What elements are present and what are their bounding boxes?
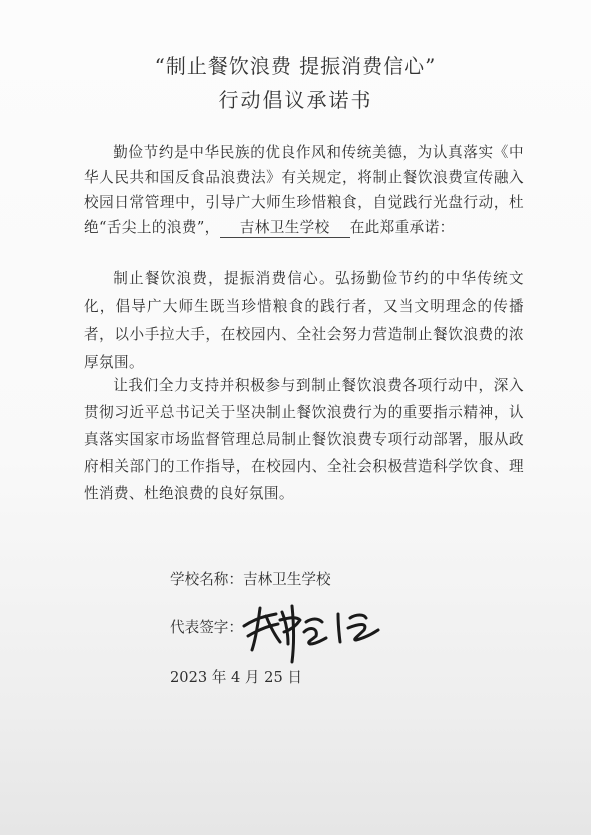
handwritten-signature-icon bbox=[236, 596, 386, 666]
paragraph-3-text: 让我们全力支持并积极参与到制止餐饮浪费各项行动中，深入贯彻习近平总书记关于坚决制… bbox=[84, 372, 524, 507]
date: 2023 年 4 月 25 日 bbox=[170, 666, 302, 687]
paragraph-3: 让我们全力支持并积极参与到制止餐饮浪费各项行动中，深入贯彻习近平总书记关于坚决制… bbox=[84, 372, 524, 507]
document-page: “制止餐饮浪费 提振消费信心” 行动倡议承诺书 勤俭节约是中华民族的优良作风和传… bbox=[0, 0, 591, 835]
title-line-2: 行动倡议承诺书 bbox=[0, 84, 591, 113]
title-line-1: “制止餐饮浪费 提振消费信心” bbox=[0, 50, 591, 79]
paragraph-1-tail: 在此郑重承诺： bbox=[350, 219, 455, 236]
paragraph-2-text: 制止餐饮浪费，提振消费信心。弘扬勤俭节约的中华传统文化，倡导广大师生既当珍惜粮食… bbox=[84, 265, 524, 377]
paragraph-2: 制止餐饮浪费，提振消费信心。弘扬勤俭节约的中华传统文化，倡导广大师生既当珍惜粮食… bbox=[84, 265, 524, 377]
rep-label: 代表签字： bbox=[170, 619, 243, 636]
school-fill-in: 吉林卫生学校 bbox=[220, 219, 350, 238]
school-name: 吉林卫生学校 bbox=[243, 571, 331, 588]
representative-signature-line: 代表签字： bbox=[170, 616, 243, 637]
school-label: 学校名称： bbox=[170, 571, 243, 588]
school-name-line: 学校名称：吉林卫生学校 bbox=[170, 568, 331, 589]
paragraph-1: 勤俭节约是中华民族的优良作风和传统美德，为认真落实《中华人民共和国反食品浪费法》… bbox=[84, 140, 524, 240]
